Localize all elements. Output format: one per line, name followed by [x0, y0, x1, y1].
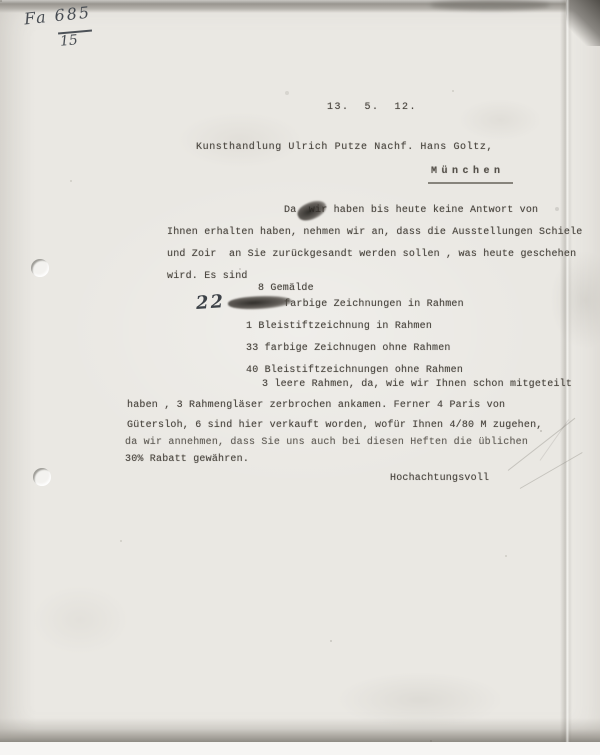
- city-underline: [428, 182, 513, 184]
- inventory-line: 33 farbige Zeichnugen ohne Rahmen: [246, 343, 451, 355]
- scanned-letter-page: Fa 685 15 13. 5. 12. Kunsthandlung Ulric…: [0, 0, 600, 755]
- scan-background: [0, 742, 600, 755]
- closing-line: Hochachtungsvoll: [390, 473, 489, 485]
- recipient-city: München: [431, 166, 505, 178]
- paper-specks: [0, 0, 2, 2]
- body-line: da wir annehmen, dass Sie uns auch bei d…: [125, 437, 528, 449]
- top-edge-smudge: [430, 0, 550, 10]
- body-line: wird. Es sind: [167, 271, 248, 283]
- body-line: Ihnen erhalten haben, nehmen wir an, das…: [167, 227, 582, 239]
- body-line: und Zoir an Sie zurückgesandt werden sol…: [167, 249, 576, 261]
- inventory-line: 8 Gemälde: [258, 283, 314, 295]
- body-line: haben , 3 Rahmengläser zerbrochen ankame…: [127, 400, 505, 412]
- punch-hole: [31, 259, 49, 277]
- punch-hole: [33, 468, 51, 486]
- archive-number-bottom: 15: [59, 32, 78, 49]
- handwritten-quantity: 22: [195, 291, 225, 314]
- body-line: 3 leere Rahmen, da, wie wir Ihnen schon …: [262, 379, 572, 391]
- date-line: 13. 5. 12.: [327, 102, 417, 114]
- vertical-fold-crease: [560, 0, 572, 742]
- body-line: 30% Rabatt gewähren.: [125, 454, 249, 466]
- inventory-line: 1 Bleistiftzeichnung in Rahmen: [246, 321, 432, 333]
- bottom-edge-shadow: [0, 718, 600, 742]
- inventory-line: 40 Bleistiftzeichnungen ohne Rahmen: [246, 365, 463, 377]
- recipient-line: Kunsthandlung Ulrich Putze Nachf. Hans G…: [196, 142, 493, 154]
- inventory-line: farbige Zeichnungen in Rahmen: [284, 299, 464, 311]
- body-line: Gütersloh, 6 sind hier verkauft worden, …: [127, 420, 542, 432]
